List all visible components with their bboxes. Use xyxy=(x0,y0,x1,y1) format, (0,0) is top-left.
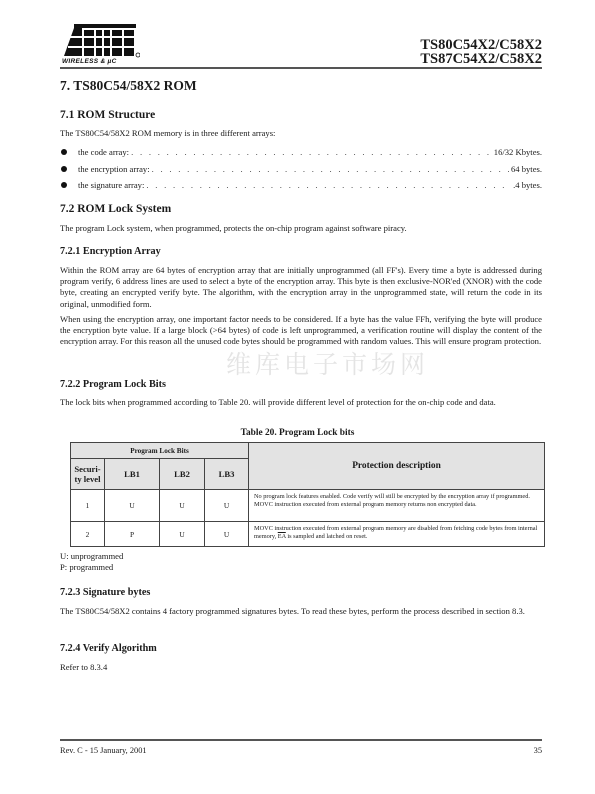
cell-lb1: P xyxy=(105,522,160,547)
col-header-lb3: LB3 xyxy=(205,459,249,490)
heading-signature-bytes: 7.2.3 Signature bytes xyxy=(60,587,150,598)
program-lock-intro: The lock bits when programmed according … xyxy=(60,397,542,408)
cell-level: 2 xyxy=(71,522,105,547)
cell-level: 1 xyxy=(71,490,105,522)
desc-header: Protection description xyxy=(249,443,545,490)
array-label: the signature array: xyxy=(78,180,144,190)
dot-leader: . . . . . . . . . . . . . . . . . . . . … xyxy=(146,180,511,190)
heading-rom-structure: 7.1 ROM Structure xyxy=(60,109,155,121)
legend-unprogrammed: U: unprogrammed xyxy=(60,551,123,562)
atmel-logo: WIRELESS & µC xyxy=(60,22,140,68)
list-item: the encryption array: . . . . . . . . . … xyxy=(60,161,542,178)
rom-lock-intro: The program Lock system, when programmed… xyxy=(60,223,542,234)
col-header-lb1: LB1 xyxy=(105,459,160,490)
heading-rom-lock: 7.2 ROM Lock System xyxy=(60,203,171,215)
heading-verify-algorithm: 7.2.4 Verify Algorithm xyxy=(60,643,157,654)
array-size: .4 bytes. xyxy=(513,180,542,190)
cell-lb1: U xyxy=(105,490,160,522)
cell-lb3: U xyxy=(205,490,249,522)
part-number-2: TS87C54X2/C58X2 xyxy=(420,52,542,66)
cell-description: MOVC instruction executed from external … xyxy=(249,522,545,547)
array-size: 16/32 Kbytes. xyxy=(494,147,542,157)
ea-signal: EA xyxy=(278,533,286,540)
list-item: the signature array: . . . . . . . . . .… xyxy=(60,177,542,194)
legend-programmed: P: programmed xyxy=(60,562,123,573)
col-header-security: Securi-ty level xyxy=(71,459,105,490)
rom-structure-intro: The TS80C54/58X2 ROM memory is in three … xyxy=(60,128,542,139)
array-size: 64 bytes. xyxy=(511,164,542,174)
cell-lb2: U xyxy=(160,522,205,547)
col-header-lb2: LB2 xyxy=(160,459,205,490)
watermark: 维库电子市场网 xyxy=(226,345,429,381)
table-caption: Table 20. Program Lock bits xyxy=(0,428,595,438)
cell-description: No program lock features enabled. Code v… xyxy=(249,490,545,522)
dot-leader: . . . . . . . . . . . . . . . . . . . . … xyxy=(152,164,509,174)
heading-program-lock-bits: 7.2.2 Program Lock Bits xyxy=(60,379,166,390)
cell-lb3: U xyxy=(205,522,249,547)
footer-revision: Rev. C - 15 January, 2001 xyxy=(60,746,147,755)
table-header-row: Program Lock Bits Protection description xyxy=(71,443,545,459)
encryption-para-2: When using the encryption array, one imp… xyxy=(60,314,542,348)
page-number: 35 xyxy=(534,746,542,755)
rom-arrays-list: the code array: . . . . . . . . . . . . … xyxy=(60,144,542,194)
dot-leader: . . . . . . . . . . . . . . . . . . . . … xyxy=(131,147,492,157)
signature-bytes-text: The TS80C54/58X2 contains 4 factory prog… xyxy=(60,606,542,617)
table-row: 1 U U U No program lock features enabled… xyxy=(71,490,545,522)
header-rule xyxy=(60,67,542,69)
table-legend: U: unprogrammed P: programmed xyxy=(60,551,123,573)
description-text: is sampled and latched on reset. xyxy=(286,533,368,540)
part-number-1: TS80C54X2/C58X2 xyxy=(420,38,542,52)
table-row: 2 P U U MOVC instruction executed from e… xyxy=(71,522,545,547)
bullet-icon xyxy=(61,166,67,172)
cell-lb2: U xyxy=(160,490,205,522)
program-lock-table: Program Lock Bits Protection description… xyxy=(70,442,545,547)
array-label: the code array: xyxy=(78,147,129,157)
heading-encryption-array: 7.2.1 Encryption Array xyxy=(60,246,161,257)
verify-algorithm-text: Refer to 8.3.4 xyxy=(60,662,542,673)
part-numbers: TS80C54X2/C58X2 TS87C54X2/C58X2 xyxy=(420,38,542,66)
array-label: the encryption array: xyxy=(78,164,150,174)
encryption-para-1: Within the ROM array are 64 bytes of enc… xyxy=(60,265,542,310)
footer-rule xyxy=(60,739,542,741)
logo-tagline: WIRELESS & µC xyxy=(62,58,117,65)
group-header: Program Lock Bits xyxy=(71,443,249,459)
bullet-icon xyxy=(61,149,67,155)
atmel-logo-icon xyxy=(60,22,140,58)
list-item: the code array: . . . . . . . . . . . . … xyxy=(60,144,542,161)
bullet-icon xyxy=(61,182,67,188)
section-title: 7. TS80C54/58X2 ROM xyxy=(60,78,197,94)
